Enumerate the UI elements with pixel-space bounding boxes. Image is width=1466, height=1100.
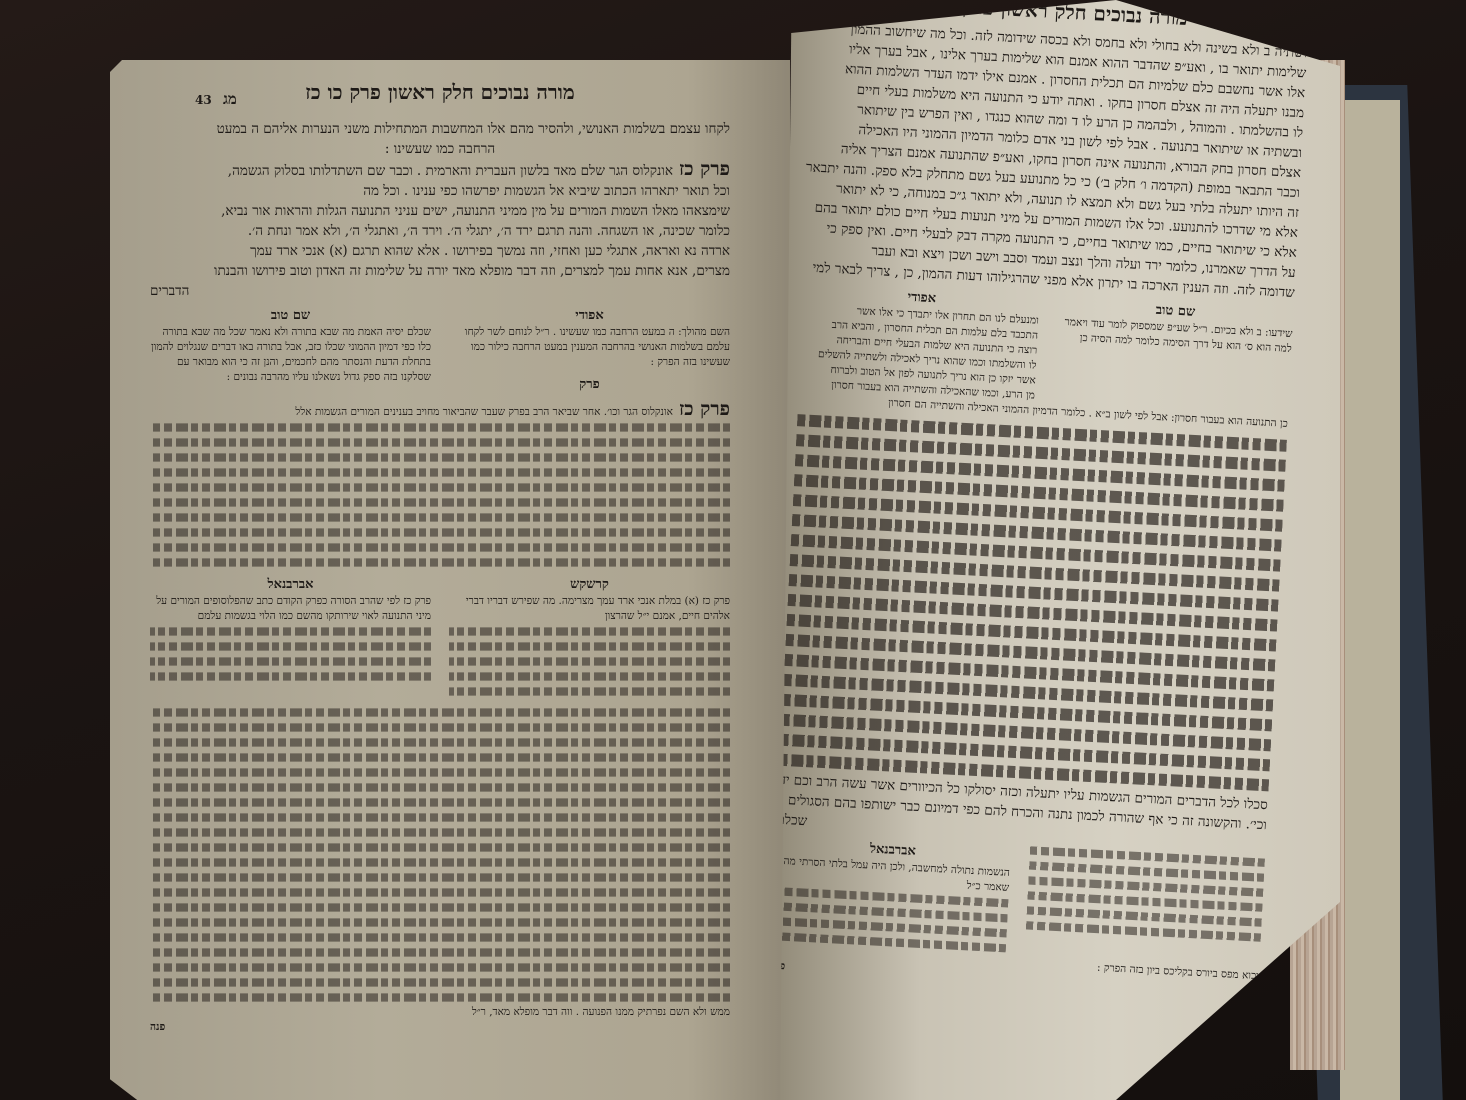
commentary-text: אונקלוס הגר וכו׳. אחר שביאר הרב בפרק שעב… <box>295 406 673 418</box>
text-line: וכל תואר יתארהו הכתוב שיביא אל הגשמות יפ… <box>150 181 730 201</box>
text-line: לקחו עצמם בשלמות האנושי, ולהסיר מהם אלו … <box>150 119 730 139</box>
running-head: מורה נבוכים חלק ראשון פרק כו כז <box>150 80 730 105</box>
chapter-heading: פרק כז <box>679 158 730 180</box>
text-line: מצרים, אנא אחות עמך למצרים, וזה דבר מופל… <box>150 261 730 281</box>
text-line: שימצאהו מאלו השמות המורים על מין ממיני ה… <box>150 201 730 221</box>
shem-tov-chapter-block: פרק כזאונקלוס הגר וכו׳. אחר שביאר הרב בפ… <box>150 402 730 570</box>
commentary-body: סכלו לכל הדברים המורים הגשמות עליו יתעלה… <box>780 410 1287 855</box>
text-line: כלומר שכינה, או השגחה. והנה תרגם ירד ה׳,… <box>150 221 730 241</box>
text-line: הרחבה כמו שעשינו : <box>150 139 730 159</box>
commentary-columns-top: אפודי השם מהולך: ה במעט הרחבה כמו שעשינו… <box>150 301 730 394</box>
right-page: מורה נבוכים חלק ראשון פרק כו ושתיה ב ולא… <box>780 0 1340 1100</box>
commentary-title-shem-tov: שם טוב <box>150 307 431 323</box>
text-line: ארדה נא ואראה, אתגלי כען ואחזי, וזה נמשך… <box>150 241 730 261</box>
commentary-title-abarbanel: אברבנאל <box>150 576 431 592</box>
left-page: 43 מג מורה נבוכים חלק ראשון פרק כו כז לק… <box>110 60 790 1100</box>
page-number-arabic: 43 <box>195 93 212 107</box>
commentary-text: השם מהולך: ה במעט הרחבה כמו שעשינו . ר״ל… <box>449 325 730 370</box>
commentary-last-line: ממש ולא השם נפרתיק ממנו הפנועה . ווה דבר… <box>150 1005 730 1020</box>
commentary-text: שכלם יסיה האמת מה שבא בתורה ולא נאמר שכל… <box>150 325 431 385</box>
catchword: פנה <box>150 1020 730 1035</box>
commentary-text: פרק כז (א) במלת אנכי ארד עמך מצרימה. מה … <box>449 594 730 624</box>
catchword: פרק <box>449 376 730 392</box>
chapter-heading: פרק כז <box>679 398 730 420</box>
text-line: הדברים <box>150 281 730 301</box>
commentary-title-efodi: אפודי <box>449 307 730 323</box>
main-text: ושתיה ב ולא בשינה ולא בחולי ולא בחמס ולא… <box>805 18 1308 303</box>
page-number: 43 מג <box>195 90 237 109</box>
commentary-columns-bottom: קרשקש פרק כז (א) במלת אנכי ארד עמך מצרימ… <box>150 570 730 699</box>
book-endpaper <box>1340 100 1400 1100</box>
commentary-text: פרק כז לפי שהרב הסורה כפרק הקודם כתב שהפ… <box>150 594 431 624</box>
page-number-hebrew: מג <box>223 90 237 108</box>
main-text: לקחו עצמם בשלמות האנושי, ולהסיר מהם אלו … <box>150 119 730 301</box>
commentary-title-crescas: קרשקש <box>449 576 730 592</box>
text-line: אונקלוס הגר שלם מאד בלשון העברית והארמית… <box>228 163 673 179</box>
full-width-commentary: ממש ולא השם נפרתיק ממנו הפנועה . ווה דבר… <box>150 705 730 1035</box>
